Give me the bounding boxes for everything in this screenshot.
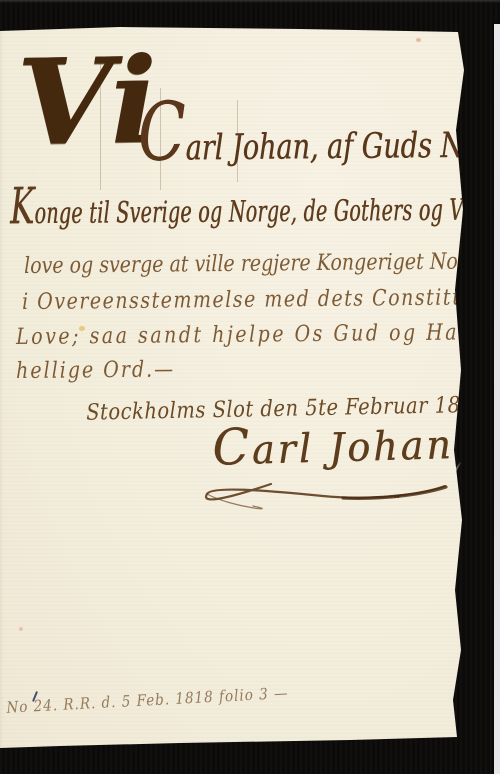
archival-note: No 24. R.R. d. 5 Feb. 1818 folio 3 — (6, 684, 289, 717)
body-line: i Overeensstemmelse med dets Constitutio… (22, 284, 500, 315)
ditto-mark: „ (394, 482, 400, 500)
title-line: Konge til Sverige og Norge, de Gothers o… (10, 193, 500, 231)
royal-initial: Vi (16, 42, 158, 162)
signature-flourish (193, 466, 455, 514)
manuscript-paper: Vi Carl Johan, af Guds Naade, Konge til … (0, 0, 500, 774)
body-line: Love; saa sandt hjelpe Os Gud og Hans (16, 319, 486, 350)
body-line: love og sverge at ville regjere Kongerig… (24, 248, 490, 279)
heading-text: Carl Johan, af Guds Naade, (138, 126, 500, 168)
dateline: Stockholms Slot den 5te Februar 1818.— (86, 390, 500, 425)
body-line: hellige Ord.— (16, 356, 175, 384)
adjacent-page-edge (494, 24, 500, 774)
paper-stain (79, 326, 85, 331)
paper-stain (19, 627, 23, 631)
paper-stain (416, 38, 421, 42)
photograph: Vi Carl Johan, af Guds Naade, Konge til … (0, 0, 500, 774)
